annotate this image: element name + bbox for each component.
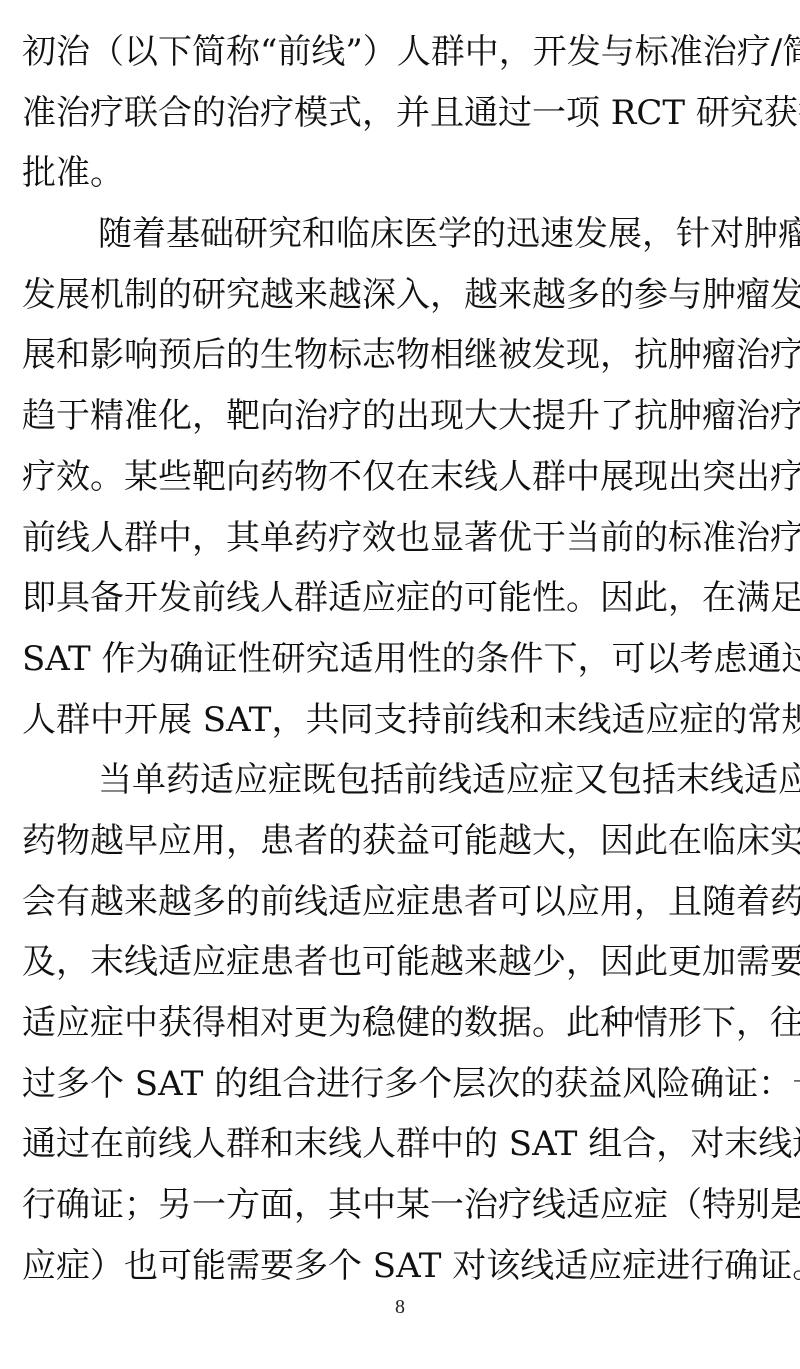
document-page: 初治（以下简称“前线”）人群中，开发与标准治疗/简化的标 准治疗联合的治疗模式，… bbox=[22, 22, 782, 1296]
text-line: 展和影响预后的生物标志物相继被发现，抗肿瘤治疗也越发 bbox=[22, 325, 782, 386]
paragraph-1: 初治（以下简称“前线”）人群中，开发与标准治疗/简化的标 准治疗联合的治疗模式，… bbox=[22, 22, 782, 204]
text-line: 会有越来越多的前线适应症患者可以应用，且随着药物的普 bbox=[22, 872, 782, 933]
text-line: 及，末线适应症患者也可能越来越少，因此更加需要在前线 bbox=[22, 932, 782, 993]
paragraph-3: 当单药适应症既包括前线适应症又包括末线适应症时，该 药物越早应用，患者的获益可能… bbox=[22, 750, 782, 1296]
text-line: 准治疗联合的治疗模式，并且通过一项 RCT 研究获得常规 bbox=[22, 83, 782, 144]
text-line: 发展机制的研究越来越深入，越来越多的参与肿瘤发生、发 bbox=[22, 265, 782, 326]
page-number: 8 bbox=[0, 1296, 800, 1319]
text-line: 当单药适应症既包括前线适应症又包括末线适应症时，该 bbox=[22, 750, 782, 811]
text-line: 通过在前线人群和末线人群中的 SAT 组合，对末线适应症进 bbox=[22, 1114, 782, 1175]
text-line: 应症）也可能需要多个 SAT 对该线适应症进行确证。 bbox=[22, 1236, 782, 1297]
text-line: 药物越早应用，患者的获益可能越大，因此在临床实践中将 bbox=[22, 811, 782, 872]
text-line: 疗效。某些靶向药物不仅在末线人群中展现出突出疗效，在 bbox=[22, 447, 782, 508]
text-line: 前线人群中，其单药疗效也显著优于当前的标准治疗，单药 bbox=[22, 508, 782, 569]
text-line: 即具备开发前线人群适应症的可能性。因此，在满足前述 bbox=[22, 568, 782, 629]
paragraph-2: 随着基础研究和临床医学的迅速发展，针对肿瘤发生、 发展机制的研究越来越深入，越来… bbox=[22, 204, 782, 750]
text-line: 趋于精准化，靶向治疗的出现大大提升了抗肿瘤治疗药物的 bbox=[22, 386, 782, 447]
text-line: 批准。 bbox=[22, 143, 782, 204]
text-line: SAT 作为确证性研究适用性的条件下，可以考虑通过在前线 bbox=[22, 629, 782, 690]
text-line: 适应症中获得相对更为稳健的数据。此种情形下，往往要通 bbox=[22, 993, 782, 1054]
text-line: 随着基础研究和临床医学的迅速发展，针对肿瘤发生、 bbox=[22, 204, 782, 265]
text-line: 行确证；另一方面，其中某一治疗线适应症（特别是前线适 bbox=[22, 1175, 782, 1236]
text-line: 过多个 SAT 的组合进行多个层次的获益风险确证：一方面要 bbox=[22, 1054, 782, 1115]
text-line: 初治（以下简称“前线”）人群中，开发与标准治疗/简化的标 bbox=[22, 22, 782, 83]
text-line: 人群中开展 SAT，共同支持前线和末线适应症的常规批准。 bbox=[22, 690, 782, 751]
